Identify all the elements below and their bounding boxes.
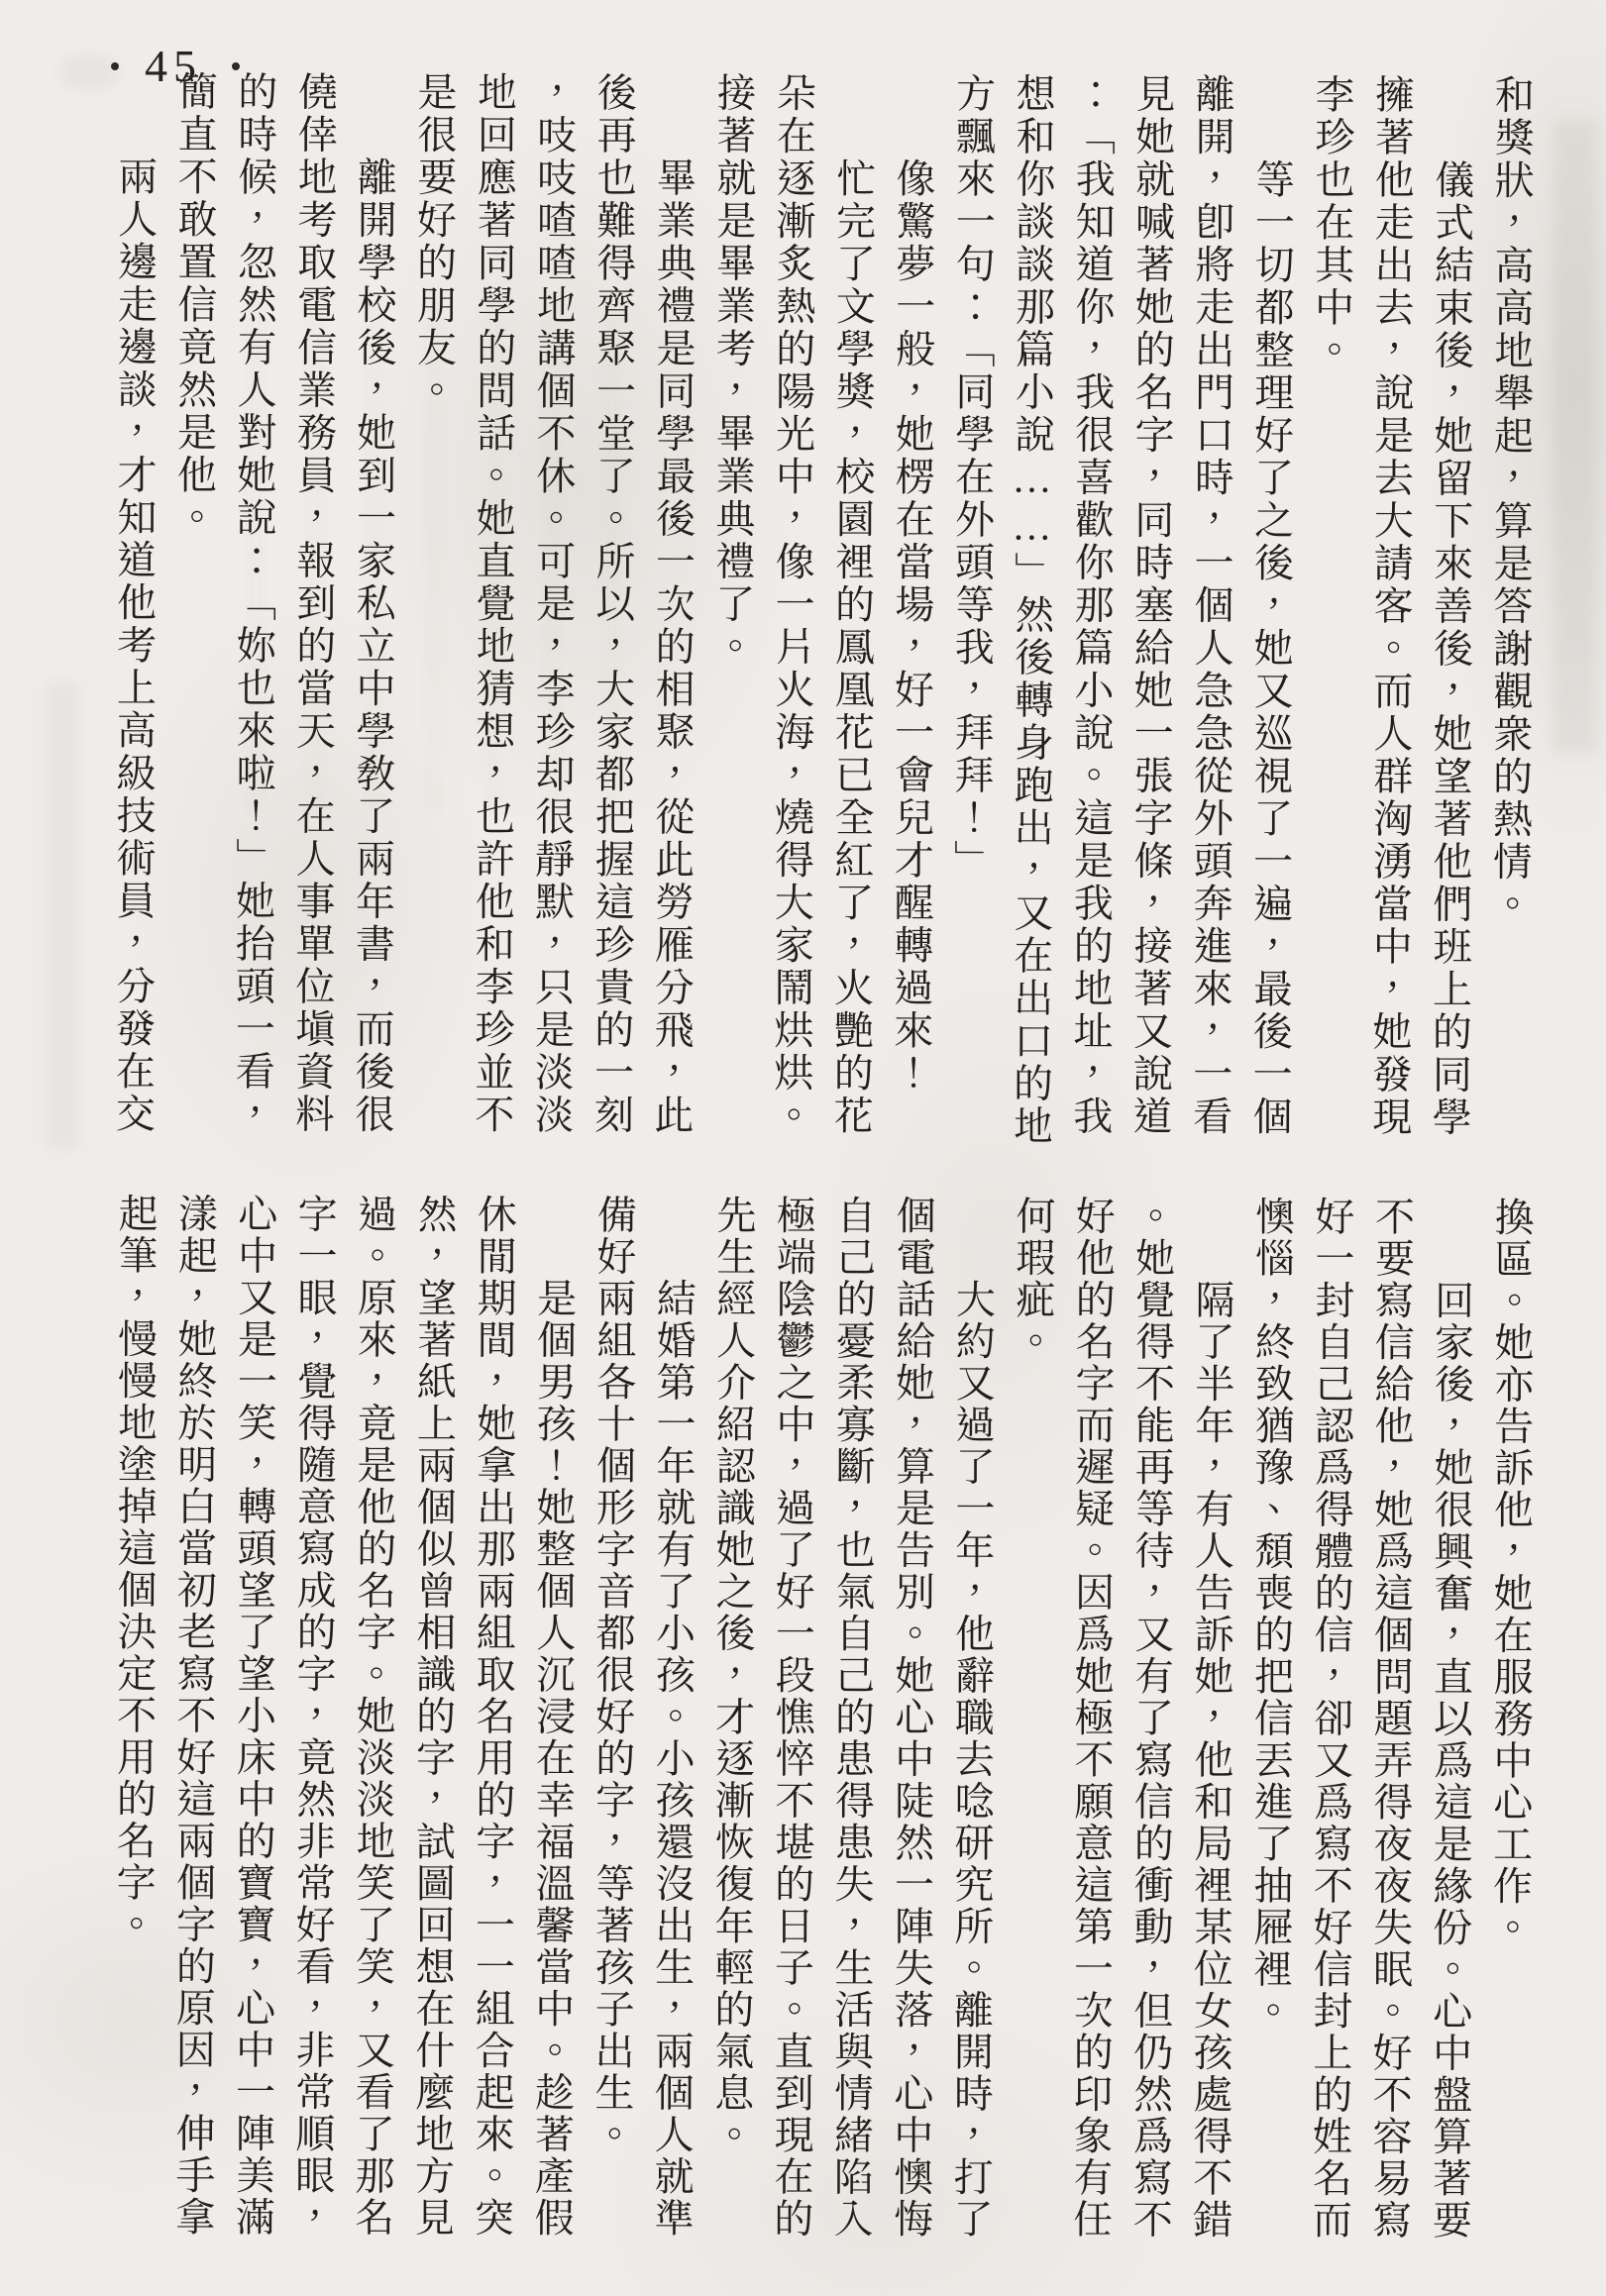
text-column: 結婚第一年就有了小孩。小孩還沒出生，兩個人就準 <box>641 1195 703 2243</box>
text-column: ，吱吱喳喳地講個不休。可是，李珍却很靜默，只是淡淡 <box>521 71 584 1141</box>
text-column: 。她覺得不能再等待，又有了寫信的衝動，但仍然爲寫不 <box>1120 1196 1182 2244</box>
text-column: 畢業典禮是同學最後一次的相聚，從此勞雁分飛，此 <box>640 72 702 1142</box>
text-column: 接著就是畢業考，畢業典禮了。 <box>700 72 763 1142</box>
text-column: 簡直不敢置信竟然是他。 <box>161 70 224 1140</box>
text-column: 心中又是一笑，轉頭望了望小床中的寶寶，心中一陣美滿 <box>222 1193 284 2241</box>
text-column: 起筆，慢慢地塗掉這個決定不用的名字。 <box>102 1193 164 2241</box>
text-column: 朵在逐漸炙熱的陽光中，像一片火海，燒得大家鬧烘烘。 <box>760 72 822 1142</box>
text-column: 忙完了文學獎，校園裡的鳳凰花已全紅了，火艷的花 <box>820 72 883 1142</box>
text-column: 的時候，忽然有人對她說：「妳也來啦！」她抬頭一看， <box>222 70 284 1140</box>
text-column: 自己的憂柔寡斷，也氣自己的患得患失，生活與情緒陷入 <box>820 1195 883 2243</box>
text-column: 兩人邊走邊談，才知道他考上高級技術員，分發在交 <box>102 70 164 1140</box>
text-column: 個電話給她，算是告別。她心中陡然一陣失落，心中懊悔 <box>880 1195 942 2243</box>
text-column: 漾起，她終於明白當初老寫不好這兩個字的原因，伸手拿 <box>161 1193 224 2241</box>
text-column: 擁著他走出去，說是去大請客。而人群洶湧當中，她發現 <box>1358 73 1421 1143</box>
text-column: 先生經人介紹認識她之後，才逐漸恢復年輕的氣息。 <box>700 1195 763 2243</box>
text-column: ：「我知道你，我很喜歡你那篇小說。這是我的地址，我 <box>1059 73 1122 1143</box>
text-column: 離開，卽將走出門口時，一個人急急從外頭奔進來，一看 <box>1179 73 1241 1143</box>
text-block-top: 和獎狀，高高地舉起，算是答謝觀衆的熱情。 儀式結束後，她留下來善後，她望著他們班… <box>102 70 1542 1144</box>
text-column: 過。原來，竟是他的名字。她淡淡地笑了笑，又看了那名 <box>341 1194 403 2242</box>
text-column: 是很要好的朋友。 <box>401 71 464 1141</box>
bleed-through-ghost <box>1553 119 1597 753</box>
text-column: 不要寫信給他，她爲這個問題弄得夜夜失眠。好不容易寫 <box>1358 1196 1421 2244</box>
text-column: 休閒期間，她拿出那兩組取名用的字，一一組合起來。突 <box>461 1194 523 2242</box>
bleed-through-ghost <box>44 683 79 1149</box>
text-column: 方飄來一句：「同學在外頭等我，拜拜！」 <box>940 72 1003 1142</box>
page-number-dot-left <box>111 62 119 70</box>
text-block-bottom: 換區。她亦告訴他，她在服務中心工作。 回家後，她很興奮，直以爲這是緣份。心中盤算… <box>102 1193 1542 2244</box>
text-column: 儀式結束後，她留下來善後，她望著他們班上的同學 <box>1419 74 1481 1144</box>
text-column: 極端陰鬱之中，過了好一段憔悴不堪的日子。直到現在的 <box>760 1195 822 2243</box>
text-column: 大約又過了一年，他辭職去唸研究所。離開時，打了 <box>940 1195 1003 2243</box>
scanned-book-page: 45 和獎狀，高高地舉起，算是答謝觀衆的熱情。 儀式結束後，她留下來善後，她望著… <box>0 0 1606 2296</box>
text-column: 然，望著紙上兩個似曾相識的字，試圖回想在什麼地方見 <box>401 1194 464 2242</box>
text-column: 字一眼，覺得隨意寫成的字，竟然非常好看，非常順眼， <box>281 1194 344 2242</box>
text-column: 見她就喊著她的名字，同時塞給她一張字條，接著又說道 <box>1120 73 1182 1143</box>
text-column: 後再也難得齊聚一堂了。所以，大家都把握這珍貴的一刻 <box>581 71 643 1141</box>
page-number-dot-right <box>232 62 240 70</box>
text-column: 等一切都整理好了之後，她又巡視了一遍，最後一個 <box>1239 73 1302 1143</box>
text-column: 和獎狀，高高地舉起，算是答謝觀衆的熱情。 <box>1478 74 1541 1144</box>
text-column: 好一封自己認爲得體的信，卻又爲寫不好信封上的姓名而 <box>1299 1196 1361 2244</box>
text-column: 是個男孩！她整個人沉浸在幸福溫馨當中。趁著產假 <box>521 1194 584 2242</box>
text-column: 隔了半年，有人告訴她，他和局裡某位女孩處得不錯 <box>1179 1196 1241 2244</box>
text-column: 僥倖地考取電信業務員，報到的當天，在人事單位塡資料 <box>281 71 344 1141</box>
text-column: 地回應著同學的問話。她直覺地猜想，也許他和李珍並不 <box>461 71 523 1141</box>
text-column: 離開學校後，她到一家私立中學敎了兩年書，而後很 <box>341 71 403 1141</box>
text-column: 李珍也在其中。 <box>1299 73 1361 1143</box>
text-column: 像驚夢一般，她楞在當場，好一會兒才醒轉過來！ <box>880 72 942 1142</box>
text-column: 何瑕疵。 <box>1000 1195 1062 2243</box>
text-column: 備好兩組各十個形字音都很好的字，等著孩子出生。 <box>581 1194 643 2242</box>
text-column: 想和你談談那篇小說……」然後轉身跑出，又在出口的地 <box>1000 72 1062 1142</box>
text-column: 好他的名字而遲疑。因爲她極不願意這第一次的印象有任 <box>1059 1196 1122 2244</box>
text-column: 換區。她亦告訴他，她在服務中心工作。 <box>1478 1197 1541 2244</box>
text-column: 回家後，她很興奮，直以爲這是緣份。心中盤算著要 <box>1419 1197 1481 2244</box>
text-column: 懊惱，終致猶豫、頹喪的把信丟進了抽屜裡。 <box>1239 1196 1302 2244</box>
